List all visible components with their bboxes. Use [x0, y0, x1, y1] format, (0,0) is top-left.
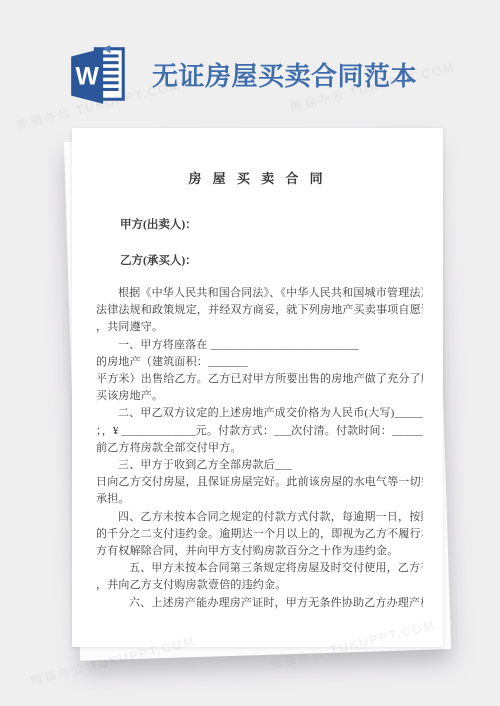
contract-page-inner: 房 屋 买 卖 合 同 甲方(出卖人)： 乙方(承买人)： 根据《中华人民共和国…: [72, 128, 443, 647]
contract-line: 买该房地产。: [96, 388, 423, 405]
contract-line: 一、甲方将座落在 __________________________: [96, 337, 423, 354]
contract-line: 二、甲乙双方议定的上述房地产成交价格为人民币(大写)_____________: [96, 405, 423, 422]
party-b-label: 乙方(承买人)：: [120, 252, 197, 268]
contract-title: 房 屋 买 卖 合 同: [72, 168, 443, 187]
contract-line: 承担。: [96, 491, 423, 508]
contract-line: 平方米）出售给乙方。乙方已对甲方所要出售的房地产做了充分了解，愿意购: [96, 371, 423, 388]
contract-line: 法律法规和政策规定，并经双方商妥，就下列房地产买卖事项自愿订立本合同: [96, 302, 423, 319]
party-a-label: 甲方(出卖人)：: [120, 216, 197, 232]
contract-line: ，共同遵守。: [96, 319, 423, 336]
preview-page: { "header": { "title": "无证房屋买卖合同范本", "ic…: [0, 0, 500, 706]
contract-line: 前乙方将房款全部交付甲方。: [96, 440, 423, 457]
contract-line: 根据《中华人民共和国合同法》、《中华人民共和国城市管理法》及其他: [96, 285, 423, 302]
contract-page: 房 屋 买 卖 合 同 甲方(出卖人)： 乙方(承买人)： 根据《中华人民共和国…: [72, 128, 443, 647]
contract-line: ，并向乙方支付购房款壹倍的违约金。: [96, 577, 423, 594]
contract-line: 日向乙方交付房屋，且保证房屋完好。此前该房屋的水电气等一切费用由甲方: [96, 474, 423, 491]
contract-line: 的房地产（建筑面积：_______: [96, 354, 423, 371]
contract-line: ；，¥ _____________元。付款方式：___次付清。付款时间：____…: [96, 423, 423, 440]
file-header: W 无证房屋买卖合同范本: [66, 40, 417, 108]
contract-line: 四、乙方未按本合同之规定的付款方式付款，每逾期一日，按照逾期金额: [96, 509, 423, 526]
contract-line: 三、甲方于收到乙方全部房款后___: [96, 457, 423, 474]
contract-line: 的千分之二支付违约金。逾期达一个月以上的，即视为乙方不履行本合同，甲: [96, 526, 423, 543]
word-icon-letter: W: [75, 63, 99, 90]
document-title-link[interactable]: 无证房屋买卖合同范本: [152, 56, 417, 93]
contract-line: 方有权解除合同，并向甲方支付购房款百分之十作为违约金。: [96, 543, 423, 560]
word-icon[interactable]: W: [66, 41, 132, 107]
contract-line: 五、甲方未按本合同第三条规定将房屋及时交付使用，乙方有权解除合同: [96, 560, 423, 577]
contract-line: 六、上述房产能办理房产证时，甲方无条件协助乙方办理产权过户手续。: [96, 595, 423, 612]
contract-body: 根据《中华人民共和国合同法》、《中华人民共和国城市管理法》及其他法律法规和政策规…: [96, 285, 423, 612]
